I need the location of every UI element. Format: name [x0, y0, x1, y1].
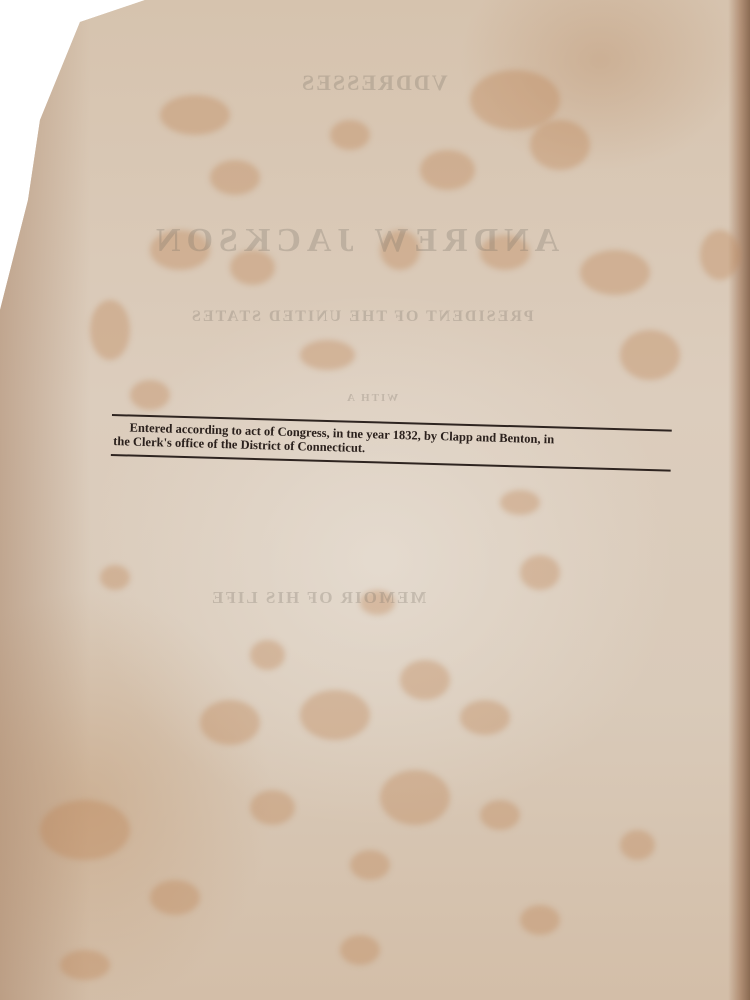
show-through-text-3: PRESIDENT OF THE UNITED STATES: [190, 308, 534, 326]
show-through-text-5: MEMOIR OF HIS LIFE: [210, 588, 426, 608]
show-through-text-2: ANDREW JACKSON: [150, 222, 559, 260]
paper-page: VDDRESSES ANDREW JACKSON PRESIDENT OF TH…: [0, 0, 750, 1000]
page-edge-right: [728, 0, 750, 1000]
show-through-text-4: WITH A: [345, 392, 398, 404]
show-through-text-1: VDDRESSES: [300, 70, 448, 96]
